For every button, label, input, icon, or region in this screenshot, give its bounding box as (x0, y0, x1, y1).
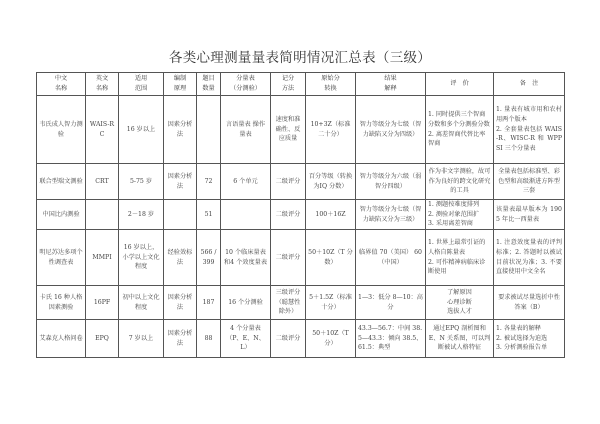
cell-items: 72 (197, 164, 221, 200)
cell-range: 初中以上文化程度 (119, 286, 164, 320)
cell-subscales: 10 个临床量表和4 个效度量表 (221, 230, 271, 286)
cell-range: 16 岁以上 (119, 96, 164, 164)
header-row: 中文名称 英文名称 适用范围 编制原理 题目数量 分量表（分测验） 记分方法 原… (37, 73, 565, 96)
cell-en-name: MMPI (86, 230, 119, 286)
cell-principle: 经验效标法 (164, 230, 197, 286)
cell-interpretation: 智力等级分为六级（弱智分四级） (356, 164, 426, 200)
table-row: 明尼苏达多项个性调查表 MMPI 16 岁以上，小学以上文化程度 经验效标法 5… (37, 230, 565, 286)
cell-conversion: 10+3Z（标准二十分） (306, 96, 356, 164)
cell-remarks: 要求被试尽量选折中性答案（B） (494, 286, 565, 320)
cell-principle: 因素分析法 (164, 164, 197, 200)
cell-evaluation: 了解原因心理诊断选拔人才 (426, 286, 494, 320)
table-row: 卡氏 16 种人格因素测验 16PF 初中以上文化程度 因素分析法 187 16… (37, 286, 565, 320)
cell-items: 566 / 399 (197, 230, 221, 286)
cell-principle: 因素分析法 (164, 96, 197, 164)
cell-en-name: 16PF (86, 286, 119, 320)
cell-items (197, 96, 221, 164)
header-items: 题目数量 (197, 73, 221, 96)
cell-en-name: WAIS-RC (86, 96, 119, 164)
cell-evaluation: 作为非文字测验，故可作为良好的跨文化研究的工具 (426, 164, 494, 200)
header-interpretation: 结果解释 (356, 73, 426, 96)
cell-cn-name: 卡氏 16 种人格因素测验 (37, 286, 86, 320)
cell-subscales: 4 个分量表（P、E、N、L） (221, 320, 271, 358)
header-remarks: 备 注 (494, 73, 565, 96)
cell-principle (164, 200, 197, 230)
table-row: 艾森克人格问卷 EPQ 7 岁以上 因素分析法 88 4 个分量表（P、E、N、… (37, 320, 565, 358)
cell-cn-name: 艾森克人格问卷 (37, 320, 86, 358)
document-title: 各类心理测量量表简明情况汇总表（三级） (0, 46, 600, 66)
cell-cn-name: 中国比内测验 (37, 200, 86, 230)
cell-en-name (86, 200, 119, 230)
cell-cn-name: 明尼苏达多项个性调查表 (37, 230, 86, 286)
header-principle: 编制原理 (164, 73, 197, 96)
header-evaluation: 评 价 (426, 73, 494, 96)
cell-interpretation: 智力等级分为七级（智力缺陷又分为三级） (356, 200, 426, 230)
cell-scoring: 二级评分 (271, 230, 306, 286)
cell-evaluation: 1. 世界上最常引证的人格自陈量表2. 可作精神病临床诊断使用 (426, 230, 494, 286)
cell-interpretation: 临界值 70（美国） 60（中国） (356, 230, 426, 286)
table-row: 韦氏成人智力测验 WAIS-RC 16 岁以上 因素分析法 言语量表 操作量表 … (37, 96, 565, 164)
table-row: 联合型瑞文测验 CRT 5-75 岁 因素分析法 72 6 个单元 二级评分 百… (37, 164, 565, 200)
cell-en-name: CRT (86, 164, 119, 200)
cell-scoring: 二级评分 (271, 200, 306, 230)
cell-conversion: 100＋16Z (306, 200, 356, 230)
cell-range: 16 岁以上，小学以上文化程度 (119, 230, 164, 286)
header-subscales: 分量表（分测验） (221, 73, 271, 96)
header-en-name: 英文名称 (86, 73, 119, 96)
cell-subscales (221, 200, 271, 230)
cell-range: 7 岁以上 (119, 320, 164, 358)
cell-subscales: 16 个分测验 (221, 286, 271, 320)
cell-range: 2－18 岁 (119, 200, 164, 230)
cell-items: 51 (197, 200, 221, 230)
cell-evaluation: 通过EPQ 剖析图和 E、N 关系图，可以判断被试人格特征 (426, 320, 494, 358)
cell-interpretation: 43.3—56.7：中间 38.5—43.3：倾向 38.5、61.5：典型 (356, 320, 426, 358)
cell-interpretation: 智力等级分为七级（智力缺陷又分为四级） (356, 96, 426, 164)
cell-remarks: 全量表包括标准型、彩色型和高级渐进方阵型三套 (494, 164, 565, 200)
cell-interpretation: 1—3：低分 8—10：高分 (356, 286, 426, 320)
cell-remarks: 1. 注意效度量表的评判标准；2. 答题时以被试目前状况为准；3. 不要直接使用… (494, 230, 565, 286)
cell-items: 187 (197, 286, 221, 320)
cell-cn-name: 韦氏成人智力测验 (37, 96, 86, 164)
table-row: 中国比内测验 2－18 岁 51 二级评分 100＋16Z 智力等级分为七级（智… (37, 200, 565, 230)
scale-summary-table: 中文名称 英文名称 适用范围 编制原理 题目数量 分量表（分测验） 记分方法 原… (36, 72, 565, 358)
cell-evaluation: 1. 测题按难度排列2. 测验对象范围扩3. 采用离差智商 (426, 200, 494, 230)
cell-principle: 因素分析法 (164, 320, 197, 358)
cell-subscales: 言语量表 操作量表 (221, 96, 271, 164)
cell-evaluation: 1. 同时提供三个智商分数和多个分测验分数2. 离差智商代替比率智商 (426, 96, 494, 164)
cell-scoring: 速度和准确性、反应质量 (271, 96, 306, 164)
cell-cn-name: 联合型瑞文测验 (37, 164, 86, 200)
cell-scoring: 三级评分（聪慧性除外） (271, 286, 306, 320)
cell-conversion: 50＋10Z（T 分数） (306, 230, 356, 286)
cell-conversion: 50＋10Z（T 分） (306, 320, 356, 358)
cell-remarks: 1. 量表有城市用和农村用两个版本2. 全套量表包括 WAIS-R、WISC-R… (494, 96, 565, 164)
header-cn-name: 中文名称 (37, 73, 86, 96)
cell-scoring: 二级评分 (271, 320, 306, 358)
header-conversion: 原始分转换 (306, 73, 356, 96)
cell-en-name: EPQ (86, 320, 119, 358)
cell-remarks: 1. 各量表的解释2. 被试选择为迫选3. 分析测验报告单 (494, 320, 565, 358)
header-range: 适用范围 (119, 73, 164, 96)
cell-scoring: 二级评分 (271, 164, 306, 200)
cell-range: 5-75 岁 (119, 164, 164, 200)
cell-items: 88 (197, 320, 221, 358)
cell-subscales: 6 个单元 (221, 164, 271, 200)
cell-conversion: 5＋1.5Z（标准十分） (306, 286, 356, 320)
header-scoring: 记分方法 (271, 73, 306, 96)
cell-principle: 因素分析法 (164, 286, 197, 320)
cell-remarks: 该量表最早版本为 1905 年比一西量表 (494, 200, 565, 230)
cell-conversion: 百分等级（转换为IQ 分数） (306, 164, 356, 200)
